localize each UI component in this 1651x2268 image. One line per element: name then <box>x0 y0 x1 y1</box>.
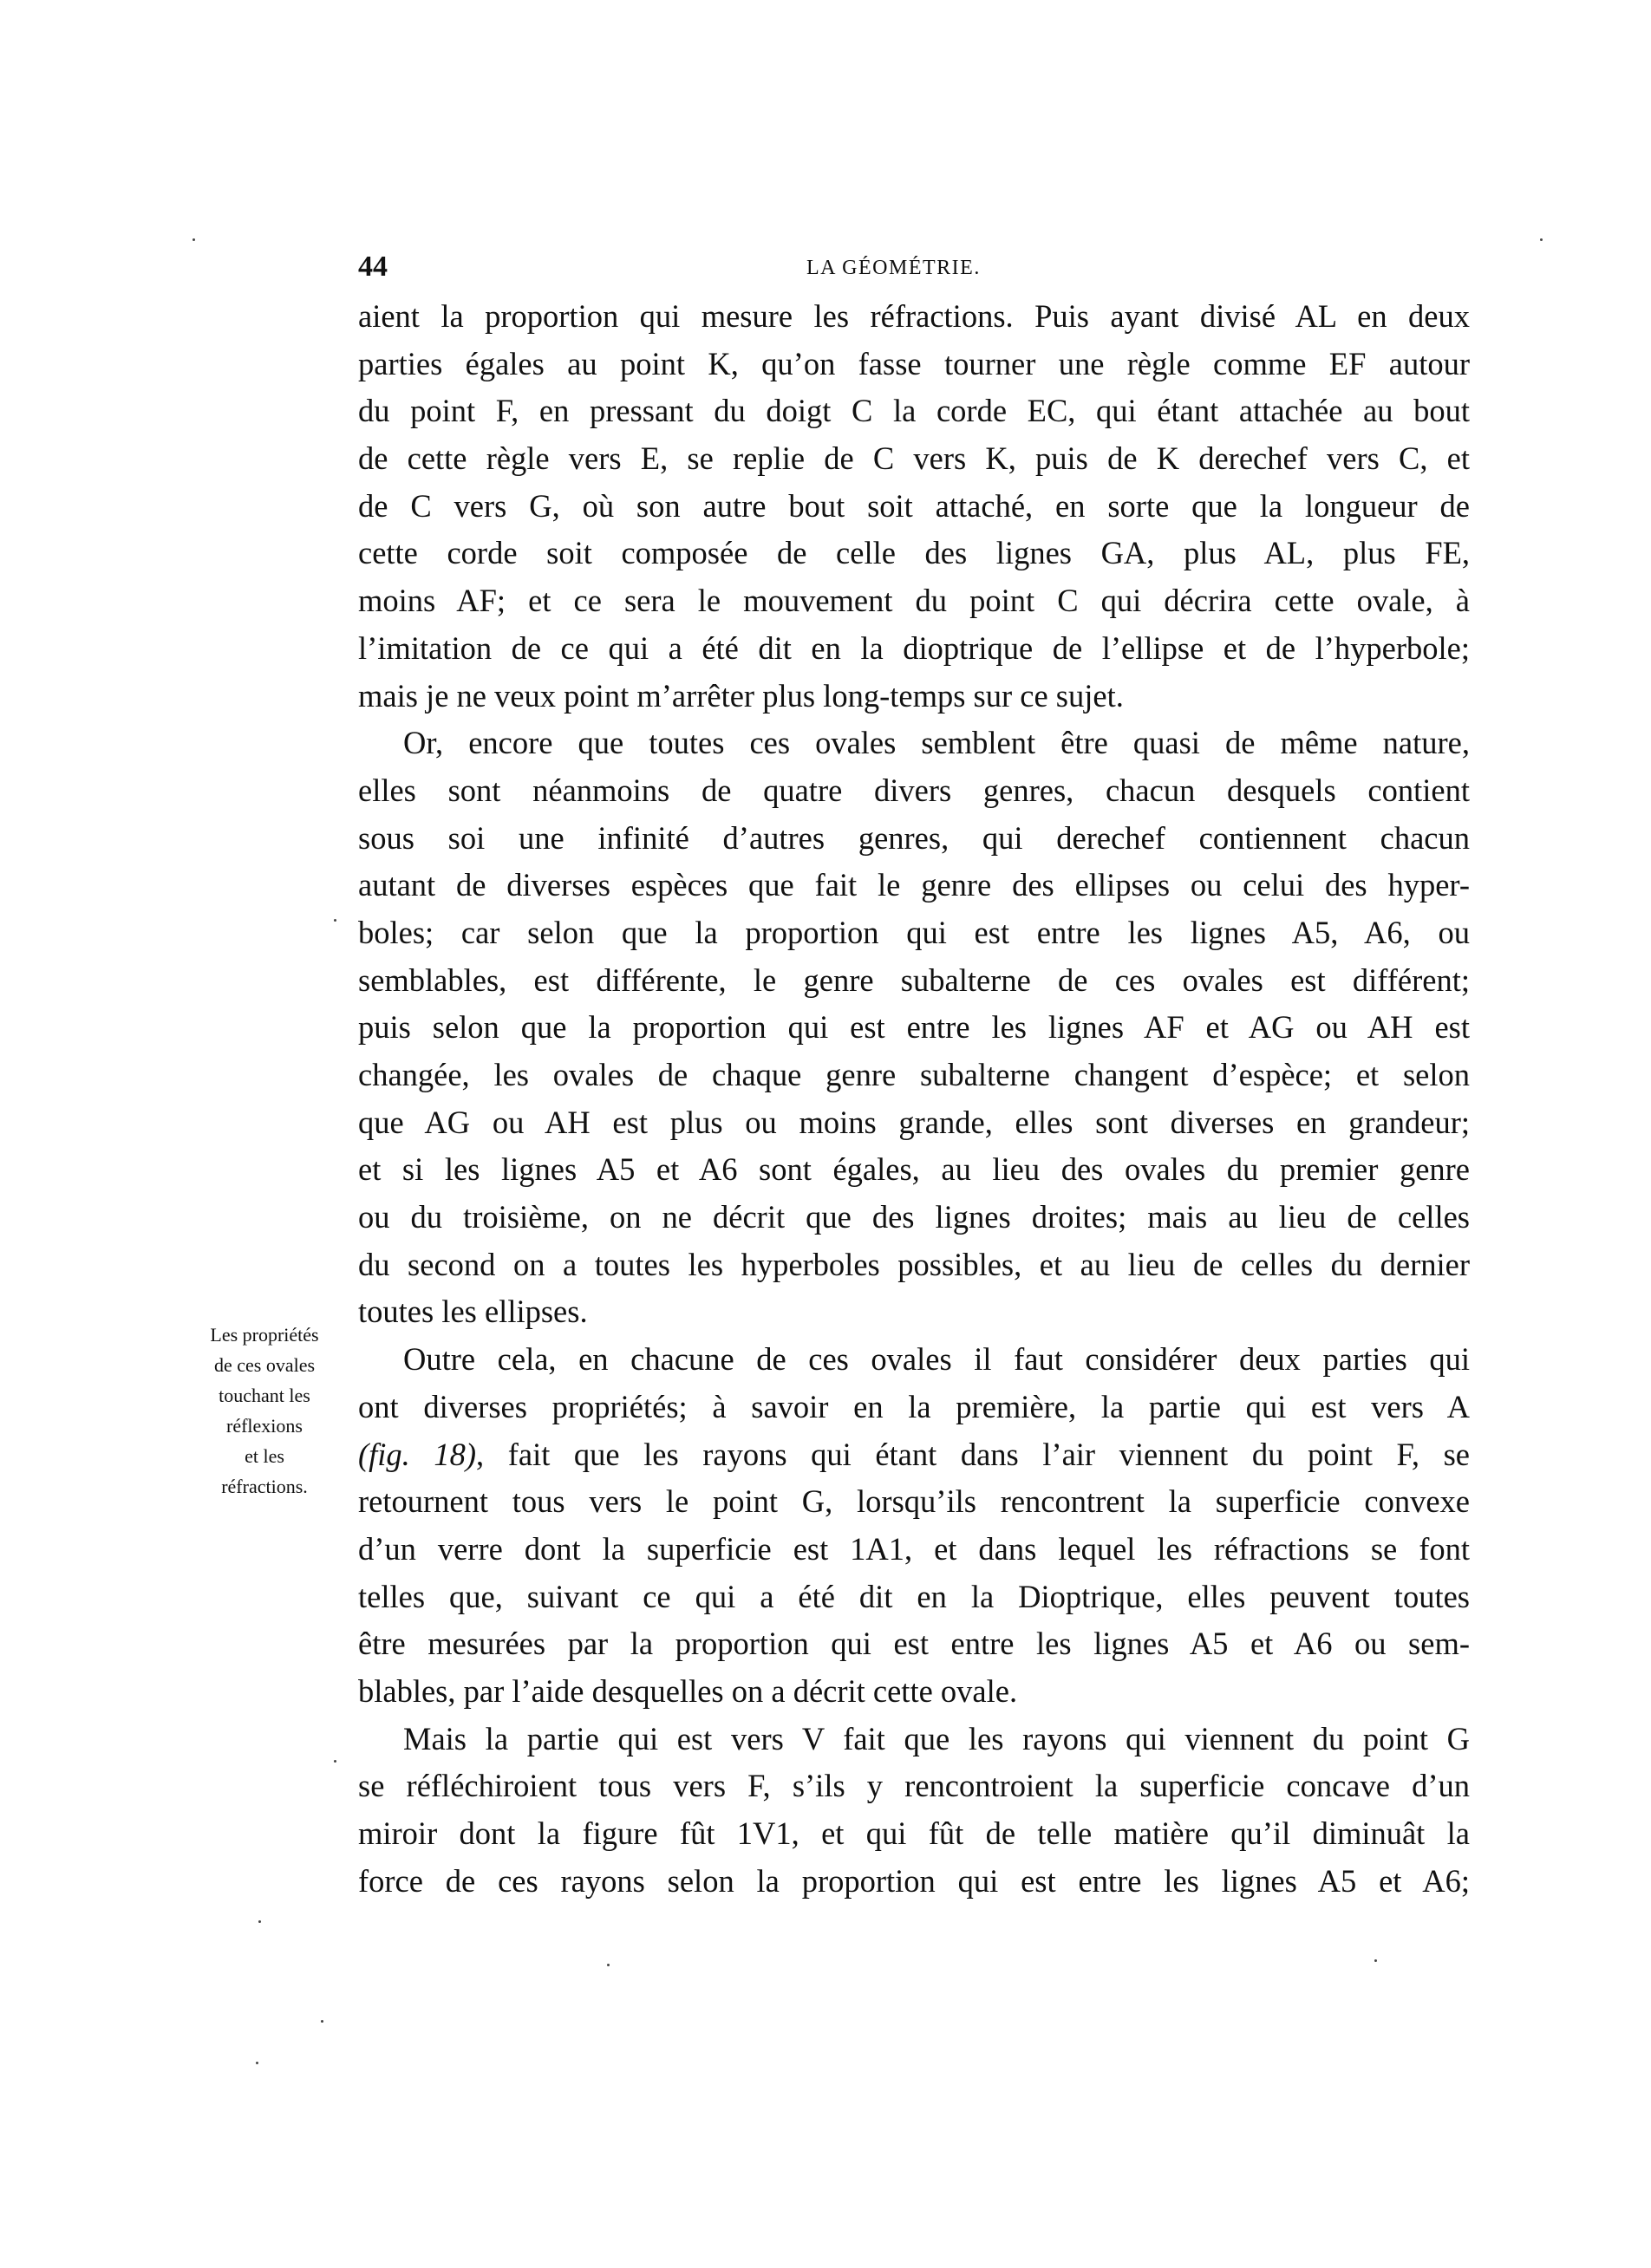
text-line: l’imitation de ce qui a été dit en la di… <box>358 625 1470 673</box>
text-line: moins AF; et ce sera le mouvement du poi… <box>358 577 1470 625</box>
text-line: ont diverses propriétés; à savoir en la … <box>358 1384 1470 1431</box>
margin-note: Les propriétés de ces ovales touchant le… <box>178 1320 351 1502</box>
text-line: boles; car selon que la proportion qui e… <box>358 909 1470 957</box>
scan-speck <box>334 919 336 922</box>
text-line: cette corde soit composée de celle des l… <box>358 530 1470 577</box>
text-line: du second on a toutes les hyperboles pos… <box>358 1242 1470 1289</box>
paragraph-4: Mais la partie qui est vers V fait que l… <box>358 1716 1470 1906</box>
text-line: mais je ne veux point m’arrêter plus lon… <box>358 673 1470 720</box>
text-line: et si les lignes A5 et A6 sont égales, a… <box>358 1146 1470 1194</box>
margin-note-line: Les propriétés <box>178 1320 351 1350</box>
text-line: de C vers G, où son autre bout soit atta… <box>358 483 1470 531</box>
scan-speck <box>321 2020 323 2023</box>
scan-speck <box>334 1760 336 1763</box>
text-line-with-fig-ref: (fig. 18), fait que les rayons qui étant… <box>358 1431 1470 1479</box>
margin-note-line: réfractions. <box>178 1471 351 1502</box>
text-line: se réfléchiroient tous vers F, s’ils y r… <box>358 1763 1470 1810</box>
text-line: elles sont néanmoins de quatre divers ge… <box>358 767 1470 815</box>
margin-note-line: touchant les <box>178 1380 351 1411</box>
running-title: LA GÉOMÉTRIE. <box>806 253 981 283</box>
scan-speck <box>258 1920 261 1923</box>
text-line: retournent tous vers le point G, lorsqu’… <box>358 1478 1470 1526</box>
text-line: force de ces rayons selon la proportion … <box>358 1858 1470 1906</box>
text-line: toutes les ellipses. <box>358 1288 1470 1336</box>
text-line: Outre cela, en chacune de ces ovales il … <box>358 1336 1470 1384</box>
paragraph-3: Outre cela, en chacune de ces ovales il … <box>358 1336 1470 1716</box>
text-line: d’un verre dont la superficie est 1A1, e… <box>358 1526 1470 1574</box>
text-line: ou du troisième, on ne décrit que des li… <box>358 1194 1470 1242</box>
text-line: aient la proportion qui mesure les réfra… <box>358 293 1470 341</box>
text-line: parties égales au point K, qu’on fasse t… <box>358 341 1470 388</box>
text-line: changée, les ovales de chaque genre suba… <box>358 1052 1470 1099</box>
text-line: Or, encore que toutes ces ovales semblen… <box>358 720 1470 767</box>
body-text: aient la proportion qui mesure les réfra… <box>358 293 1470 1905</box>
text-line: telles que, suivant ce qui a été dit en … <box>358 1574 1470 1621</box>
scan-speck <box>256 2062 258 2064</box>
margin-note-line: de ces ovales <box>178 1350 351 1380</box>
text-line: de cette règle vers E, se replie de C ve… <box>358 435 1470 483</box>
margin-note-line: réflexions <box>178 1411 351 1441</box>
text-line: miroir dont la figure fût 1V1, et qui fû… <box>358 1810 1470 1858</box>
text-line: être mesurées par la proportion qui est … <box>358 1620 1470 1668</box>
text-line: blables, par l’aide desquelles on a décr… <box>358 1668 1470 1716</box>
figure-reference: (fig. 18) <box>358 1437 476 1472</box>
text-line: Mais la partie qui est vers V fait que l… <box>358 1716 1470 1763</box>
text-line: puis selon que la proportion qui est ent… <box>358 1004 1470 1052</box>
scan-speck <box>1374 1959 1377 1962</box>
text-line: du point F, en pressant du doigt C la co… <box>358 388 1470 435</box>
text-line: sous soi une infinité d’autres genres, q… <box>358 815 1470 863</box>
scan-speck <box>1540 238 1543 241</box>
scan-speck <box>193 238 195 241</box>
page-number: 44 <box>358 250 388 284</box>
paragraph-2: Or, encore que toutes ces ovales semblen… <box>358 720 1470 1336</box>
margin-note-line: et les <box>178 1441 351 1471</box>
paragraph-1: aient la proportion qui mesure les réfra… <box>358 293 1470 720</box>
scan-speck <box>607 1964 610 1966</box>
running-head: 44 LA GÉOMÉTRIE. <box>358 250 1470 284</box>
text-line: autant de diverses espèces que fait le g… <box>358 862 1470 909</box>
text-line: que AG ou AH est plus ou moins grande, e… <box>358 1099 1470 1147</box>
text-line: semblables, est différente, le genre sub… <box>358 957 1470 1005</box>
